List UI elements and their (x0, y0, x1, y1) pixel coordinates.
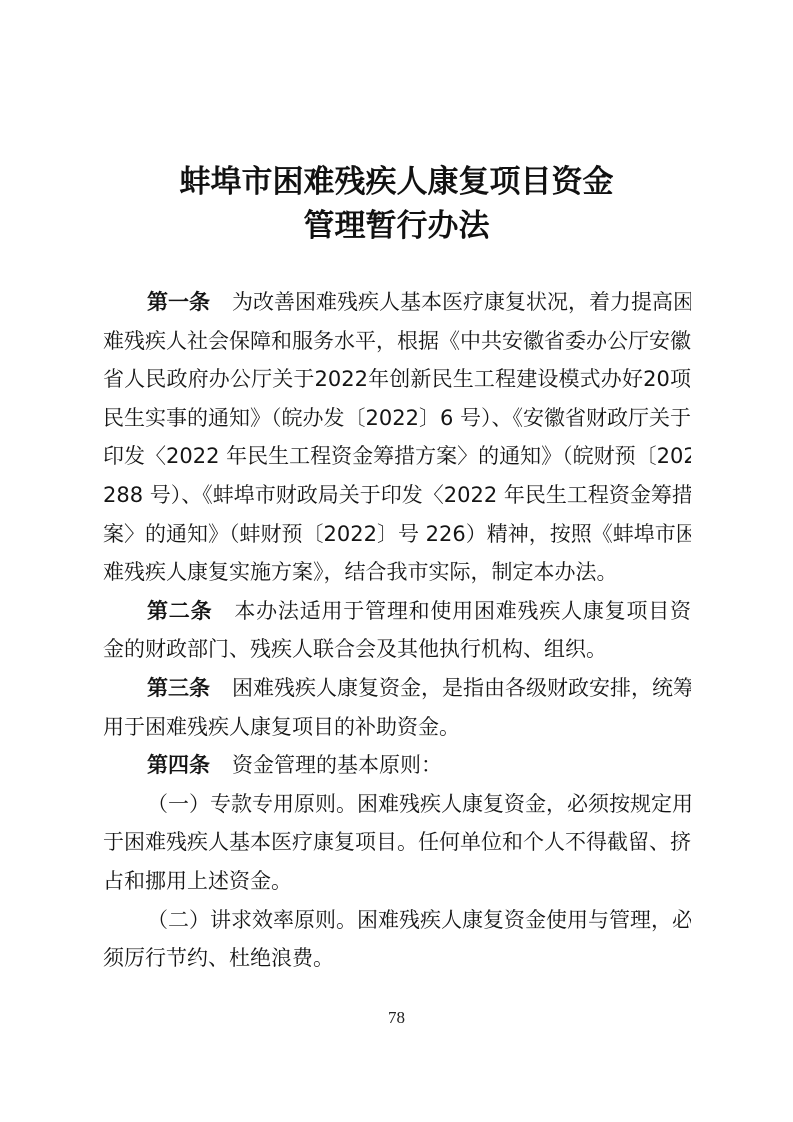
article-1-text: 为改善困难残疾人基本医疗康复状况，着力提高困 (232, 290, 691, 314)
article-1-line-4: 民生实事的通知》（皖办发〔2022〕6 号）、《安徽省财政厅关于 (103, 399, 691, 438)
principle-2: （二）讲求效率原则。困难残疾人康复资金使用与管理，必 须厉行节约、杜绝浪费。 (103, 901, 691, 978)
article-4: 第四条资金管理的基本原则： (103, 746, 691, 785)
article-2-line-1: 第二条本办法适用于管理和使用困难残疾人康复项目资 (103, 592, 691, 631)
article-3-line-2: 用于困难残疾人康复项目的补助资金。 (103, 708, 691, 747)
article-4-text: 资金管理的基本原则： (232, 753, 442, 777)
article-3: 第三条困难残疾人康复资金，是指由各级财政安排，统筹 用于困难残疾人康复项目的补助… (103, 669, 691, 746)
principle-2-line-2: 须厉行节约、杜绝浪费。 (103, 939, 691, 978)
title-line-1: 蚌埠市困难残疾人康复项目资金 (0, 160, 793, 204)
article-1: 第一条为改善困难残疾人基本医疗康复状况，着力提高困 难残疾人社会保障和服务水平，… (103, 283, 691, 592)
article-1-line-2: 难残疾人社会保障和服务水平，根据《中共安徽省委办公厅安徽 (103, 322, 691, 361)
article-1-line-7: 案〉的通知》（蚌财预〔2022〕号 226）精神，按照《蚌埠市困 (103, 515, 691, 554)
article-3-label: 第三条 (147, 676, 210, 700)
principle-1-line-2: 于困难残疾人基本医疗康复项目。任何单位和个人不得截留、挤 (103, 823, 691, 862)
principle-1-line-3: 占和挪用上述资金。 (103, 862, 691, 901)
article-1-label: 第一条 (147, 290, 210, 314)
article-2-label: 第二条 (147, 599, 212, 623)
principle-2-line-1: （二）讲求效率原则。困难残疾人康复资金使用与管理，必 (103, 901, 691, 940)
article-2-text: 本办法适用于管理和使用困难残疾人康复项目资 (234, 599, 691, 623)
document-title: 蚌埠市困难残疾人康复项目资金 管理暂行办法 (0, 160, 793, 248)
principle-1-line-1: （一）专款专用原则。困难残疾人康复资金，必须按规定用 (103, 785, 691, 824)
principle-1: （一）专款专用原则。困难残疾人康复资金，必须按规定用 于困难残疾人基本医疗康复项… (103, 785, 691, 901)
document-body: 第一条为改善困难残疾人基本医疗康复状况，着力提高困 难残疾人社会保障和服务水平，… (103, 283, 691, 978)
article-2-line-2: 金的财政部门、残疾人联合会及其他执行机构、组织。 (103, 630, 691, 669)
page-number: 78 (0, 1008, 793, 1028)
article-4-label: 第四条 (147, 753, 210, 777)
article-1-line-6: 288 号）、《蚌埠市财政局关于印发〈2022 年民生工程资金筹措方 (103, 476, 691, 515)
article-3-line-1: 第三条困难残疾人康复资金，是指由各级财政安排，统筹 (103, 669, 691, 708)
article-1-line-5: 印发〈2022 年民生工程资金筹措方案〉的通知》（皖财预〔2022〕 (103, 437, 691, 476)
title-line-2: 管理暂行办法 (0, 204, 793, 248)
article-3-text: 困难残疾人康复资金，是指由各级财政安排，统筹 (232, 676, 691, 700)
article-1-line-8: 难残疾人康复实施方案》，结合我市实际，制定本办法。 (103, 553, 691, 592)
article-1-line-1: 第一条为改善困难残疾人基本医疗康复状况，着力提高困 (103, 283, 691, 322)
article-2: 第二条本办法适用于管理和使用困难残疾人康复项目资 金的财政部门、残疾人联合会及其… (103, 592, 691, 669)
document-page: 蚌埠市困难残疾人康复项目资金 管理暂行办法 第一条为改善困难残疾人基本医疗康复状… (0, 0, 793, 1122)
article-4-line-1: 第四条资金管理的基本原则： (103, 746, 691, 785)
article-1-line-3: 省人民政府办公厅关于2022年创新民生工程建设模式办好20项 (103, 360, 691, 399)
